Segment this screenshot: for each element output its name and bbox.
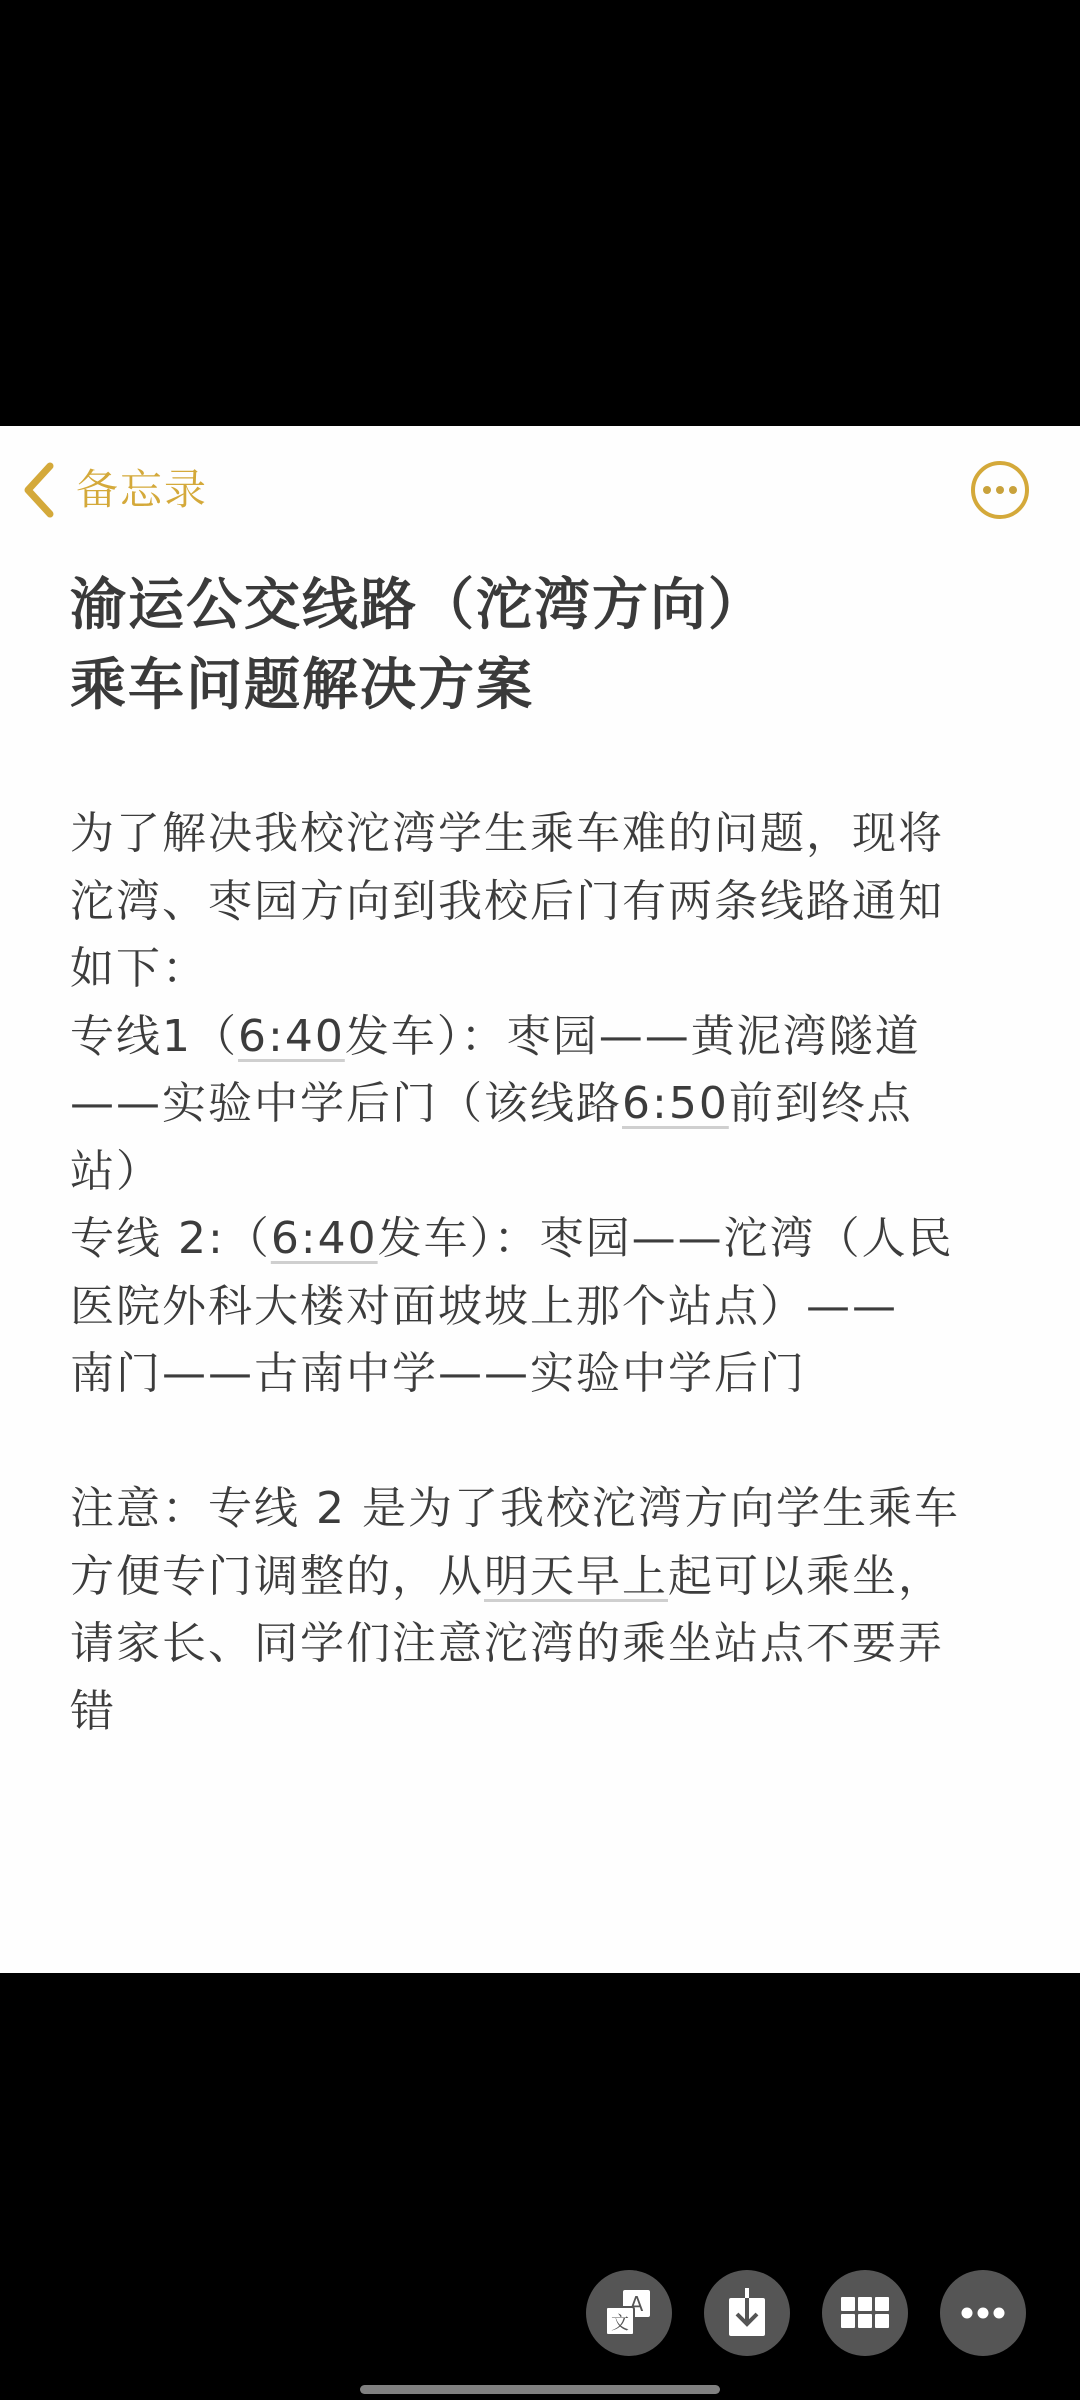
body-text-segment: 医院外科大楼对面坡坡上那个站点）—— bbox=[70, 1281, 898, 1332]
detected-date-link[interactable]: 6:50 bbox=[622, 1078, 729, 1129]
body-line: 注意：专线 2 是为了我校沱湾方向学生乘车 bbox=[70, 1475, 1030, 1543]
translate-icon: A 文 bbox=[604, 2288, 654, 2338]
ellipsis-circle-icon bbox=[983, 486, 991, 494]
body-text-segment: ——实验中学后门（该线路 bbox=[70, 1078, 622, 1129]
body-text-segment: 请家长、同学们注意沱湾的乘坐站点不要弄 bbox=[70, 1618, 944, 1669]
body-text-segment: 如下： bbox=[70, 943, 208, 994]
translate-button[interactable]: A 文 bbox=[586, 2270, 672, 2356]
body-line: 专线1（6:40发车）：枣园——黄泥湾隧道 bbox=[70, 1003, 1030, 1071]
more-horizontal-icon bbox=[961, 2307, 1005, 2319]
body-text-segment: 为了解决我校沱湾学生乘车难的问题，现将 bbox=[70, 808, 944, 859]
title-line: 乘车问题解决方案 bbox=[70, 646, 1030, 726]
body-line: 方便专门调整的，从明天早上起可以乘坐， bbox=[70, 1543, 1030, 1611]
body-text-segment: 方便专门调整的，从 bbox=[70, 1551, 484, 1602]
detected-date-link[interactable]: 6:40 bbox=[271, 1213, 378, 1264]
grid-icon bbox=[841, 2297, 889, 2329]
body-line: 如下： bbox=[70, 935, 1030, 1003]
note-more-button[interactable] bbox=[971, 461, 1029, 519]
save-button[interactable] bbox=[704, 2270, 790, 2356]
ellipsis-dot bbox=[996, 486, 1004, 494]
body-text-segment: 专线 2:（ bbox=[70, 1213, 271, 1264]
body-text-segment: 错 bbox=[70, 1686, 116, 1737]
body-text-segment: 起可以乘坐， bbox=[668, 1551, 944, 1602]
back-label: 备忘录 bbox=[76, 458, 208, 522]
note-body[interactable]: 为了解决我校沱湾学生乘车难的问题，现将沱湾、枣园方向到我校后门有两条线路通知如下… bbox=[70, 800, 1030, 1745]
grid-button[interactable] bbox=[822, 2270, 908, 2356]
body-line: 医院外科大楼对面坡坡上那个站点）—— bbox=[70, 1273, 1030, 1341]
ellipsis-dot bbox=[1009, 486, 1017, 494]
body-line: 错 bbox=[70, 1678, 1030, 1746]
body-line: 南门——古南中学——实验中学后门 bbox=[70, 1340, 1030, 1408]
body-line: 站） bbox=[70, 1138, 1030, 1206]
title-line: 渝运公交线路（沱湾方向） bbox=[70, 566, 1030, 646]
body-line: 为了解决我校沱湾学生乘车难的问题，现将 bbox=[70, 800, 1030, 868]
image-viewer-toolbar: A 文 bbox=[586, 2270, 1026, 2356]
body-line bbox=[70, 1408, 1030, 1476]
home-indicator[interactable] bbox=[360, 2385, 720, 2394]
detected-date-link[interactable]: 6:40 bbox=[238, 1011, 345, 1062]
body-text-segment: 前到终点 bbox=[729, 1078, 913, 1129]
body-text-segment: 专线1（ bbox=[70, 1011, 238, 1062]
note-title[interactable]: 渝运公交线路（沱湾方向） 乘车问题解决方案 bbox=[70, 566, 1030, 726]
body-line: ——实验中学后门（该线路6:50前到终点 bbox=[70, 1070, 1030, 1138]
detected-date-link[interactable]: 明天早上 bbox=[484, 1551, 668, 1602]
body-text-segment: 南门——古南中学——实验中学后门 bbox=[70, 1348, 806, 1399]
svg-text:文: 文 bbox=[611, 2313, 629, 2334]
body-line: 请家长、同学们注意沱湾的乘坐站点不要弄 bbox=[70, 1610, 1030, 1678]
body-text-segment: 注意：专线 2 是为了我校沱湾方向学生乘车 bbox=[70, 1483, 960, 1534]
body-text-segment: 站） bbox=[70, 1146, 162, 1197]
body-text-segment: 发车）：枣园——黄泥湾隧道 bbox=[345, 1011, 921, 1062]
body-line: 专线 2:（6:40发车）：枣园——沱湾（人民 bbox=[70, 1205, 1030, 1273]
body-text-segment: 发车）：枣园——沱湾（人民 bbox=[378, 1213, 954, 1264]
body-text-segment: 沱湾、枣园方向到我校后门有两条线路通知 bbox=[70, 876, 944, 927]
body-line: 沱湾、枣园方向到我校后门有两条线路通知 bbox=[70, 868, 1030, 936]
chevron-left-icon bbox=[22, 462, 56, 518]
download-icon bbox=[727, 2288, 767, 2338]
back-button[interactable]: 备忘录 bbox=[22, 458, 208, 522]
more-button[interactable] bbox=[940, 2270, 1026, 2356]
